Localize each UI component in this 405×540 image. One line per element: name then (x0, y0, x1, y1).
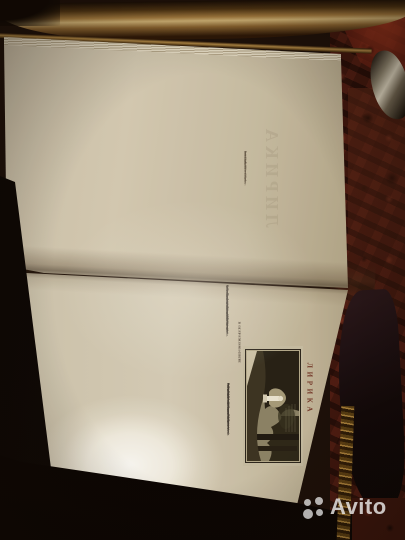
avito-logo-dot (315, 497, 323, 505)
avito-logo-dot (304, 499, 311, 506)
avito-logo-dot (316, 509, 323, 516)
avito-watermark: Avito (300, 492, 400, 532)
photo-tone-overlay (0, 0, 405, 540)
listing-photo: ЛИРИКА Тексты печатаются по изданию:полн… (0, 0, 405, 540)
avito-wordmark: Avito (330, 494, 387, 520)
avito-logo-dot (303, 509, 313, 519)
